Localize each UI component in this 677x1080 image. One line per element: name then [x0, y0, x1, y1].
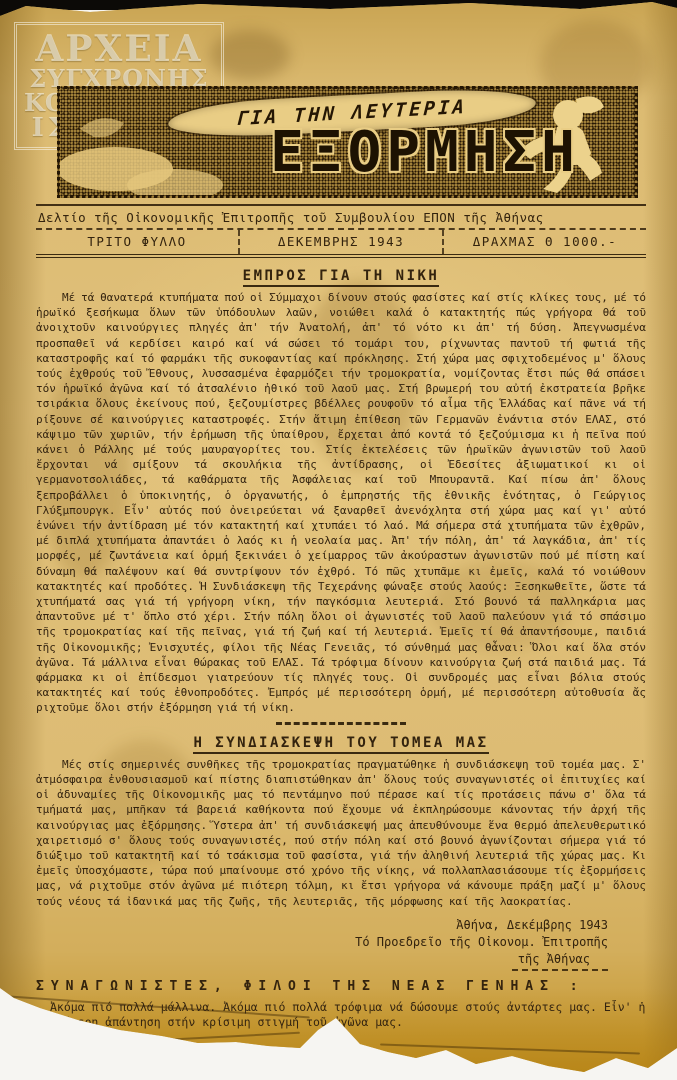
- issue-price: ΔΡΑΧΜΑΣ Θ 1000.-: [442, 230, 646, 254]
- watermark-line: ΑΡΧΕΙΑ: [21, 31, 217, 67]
- paper-sheet: ΑΡΧΕΙΑ ΣΥΓΧΡΟΝΗΣ ΚΟΙΝΩΝΙΚΗΣ ΙΣΤΟΡΙΑΣ ΓΙΑ…: [0, 0, 677, 1080]
- issue-number: ΤΡΙΤΟ ΦΥΛΛΟ: [36, 230, 238, 254]
- footer-text: Ἀκόμα πιό πολλά μάλλινα. Ἀκόμα πιό πολλά…: [36, 1000, 646, 1031]
- signature-organization: Τό Προεδρεῖο τῆς Οἰκονομ. Ἐπιτροπῆς: [36, 934, 608, 951]
- signature-organization-2: τῆς Ἀθήνας: [512, 951, 608, 971]
- scan-background-top: [0, 0, 677, 10]
- horizontal-rule: [36, 204, 646, 206]
- paper-edge-shading: [643, 0, 677, 1080]
- issue-info-bar: ΤΡΙΤΟ ΦΥΛΛΟ ΔΕΚΕΜΒΡΗΣ 1943 ΔΡΑΧΜΑΣ Θ 100…: [36, 230, 646, 258]
- issue-date: ΔΕΚΕΜΒΡΗΣ 1943: [238, 230, 442, 254]
- article-2-heading: Η ΣΥΝΔΙΑΣΚΕΨΗ ΤΟΥ ΤΟΜΕΑ ΜΑΣ: [36, 735, 646, 751]
- section-divider: [276, 722, 406, 725]
- signature-block: Ἀθήνα, Δεκέμβρης 1943 Τό Προεδρεῖο τῆς Ο…: [36, 917, 608, 971]
- signature-place-date: Ἀθήνα, Δεκέμβρης 1943: [36, 917, 608, 934]
- masthead: ΓΙΑ ΤΗΝ ΛΕΥΤΕΡΙΑ ΕΞΟΡΜΗΣΗ: [57, 86, 638, 198]
- article-1-body: Μέ τά θανατερά κτυπήματα πού οἱ Σύμμαχοι…: [36, 290, 646, 716]
- document-content: Δελτίο τῆς Οἰκονομικῆς Ἐπιτροπῆς τοῦ Συμ…: [36, 204, 646, 1031]
- scanned-document-page: { "colors":{ "paper":"#dcbb72","paper_li…: [0, 0, 677, 1080]
- article-2-body: Μές στίς σημερινές συνθῆκες τῆς τρομοκρα…: [36, 757, 646, 909]
- bulletin-subtitle: Δελτίο τῆς Οἰκονομικῆς Ἐπιτροπῆς τοῦ Συμ…: [36, 208, 646, 230]
- footer-salute: ΣΥΝΑΓΩΝΙΣΤΕΣ, ΦΙΛΟΙ ΤΗΣ ΝΕΑΣ ΓΕΝΗΑΣ :: [36, 979, 646, 994]
- article-1-heading: ΕΜΠΡΟΣ ΓΙΑ ΤΗ ΝΙΚΗ: [36, 268, 646, 284]
- masthead-title: ΕΞΟΡΜΗΣΗ: [210, 125, 638, 181]
